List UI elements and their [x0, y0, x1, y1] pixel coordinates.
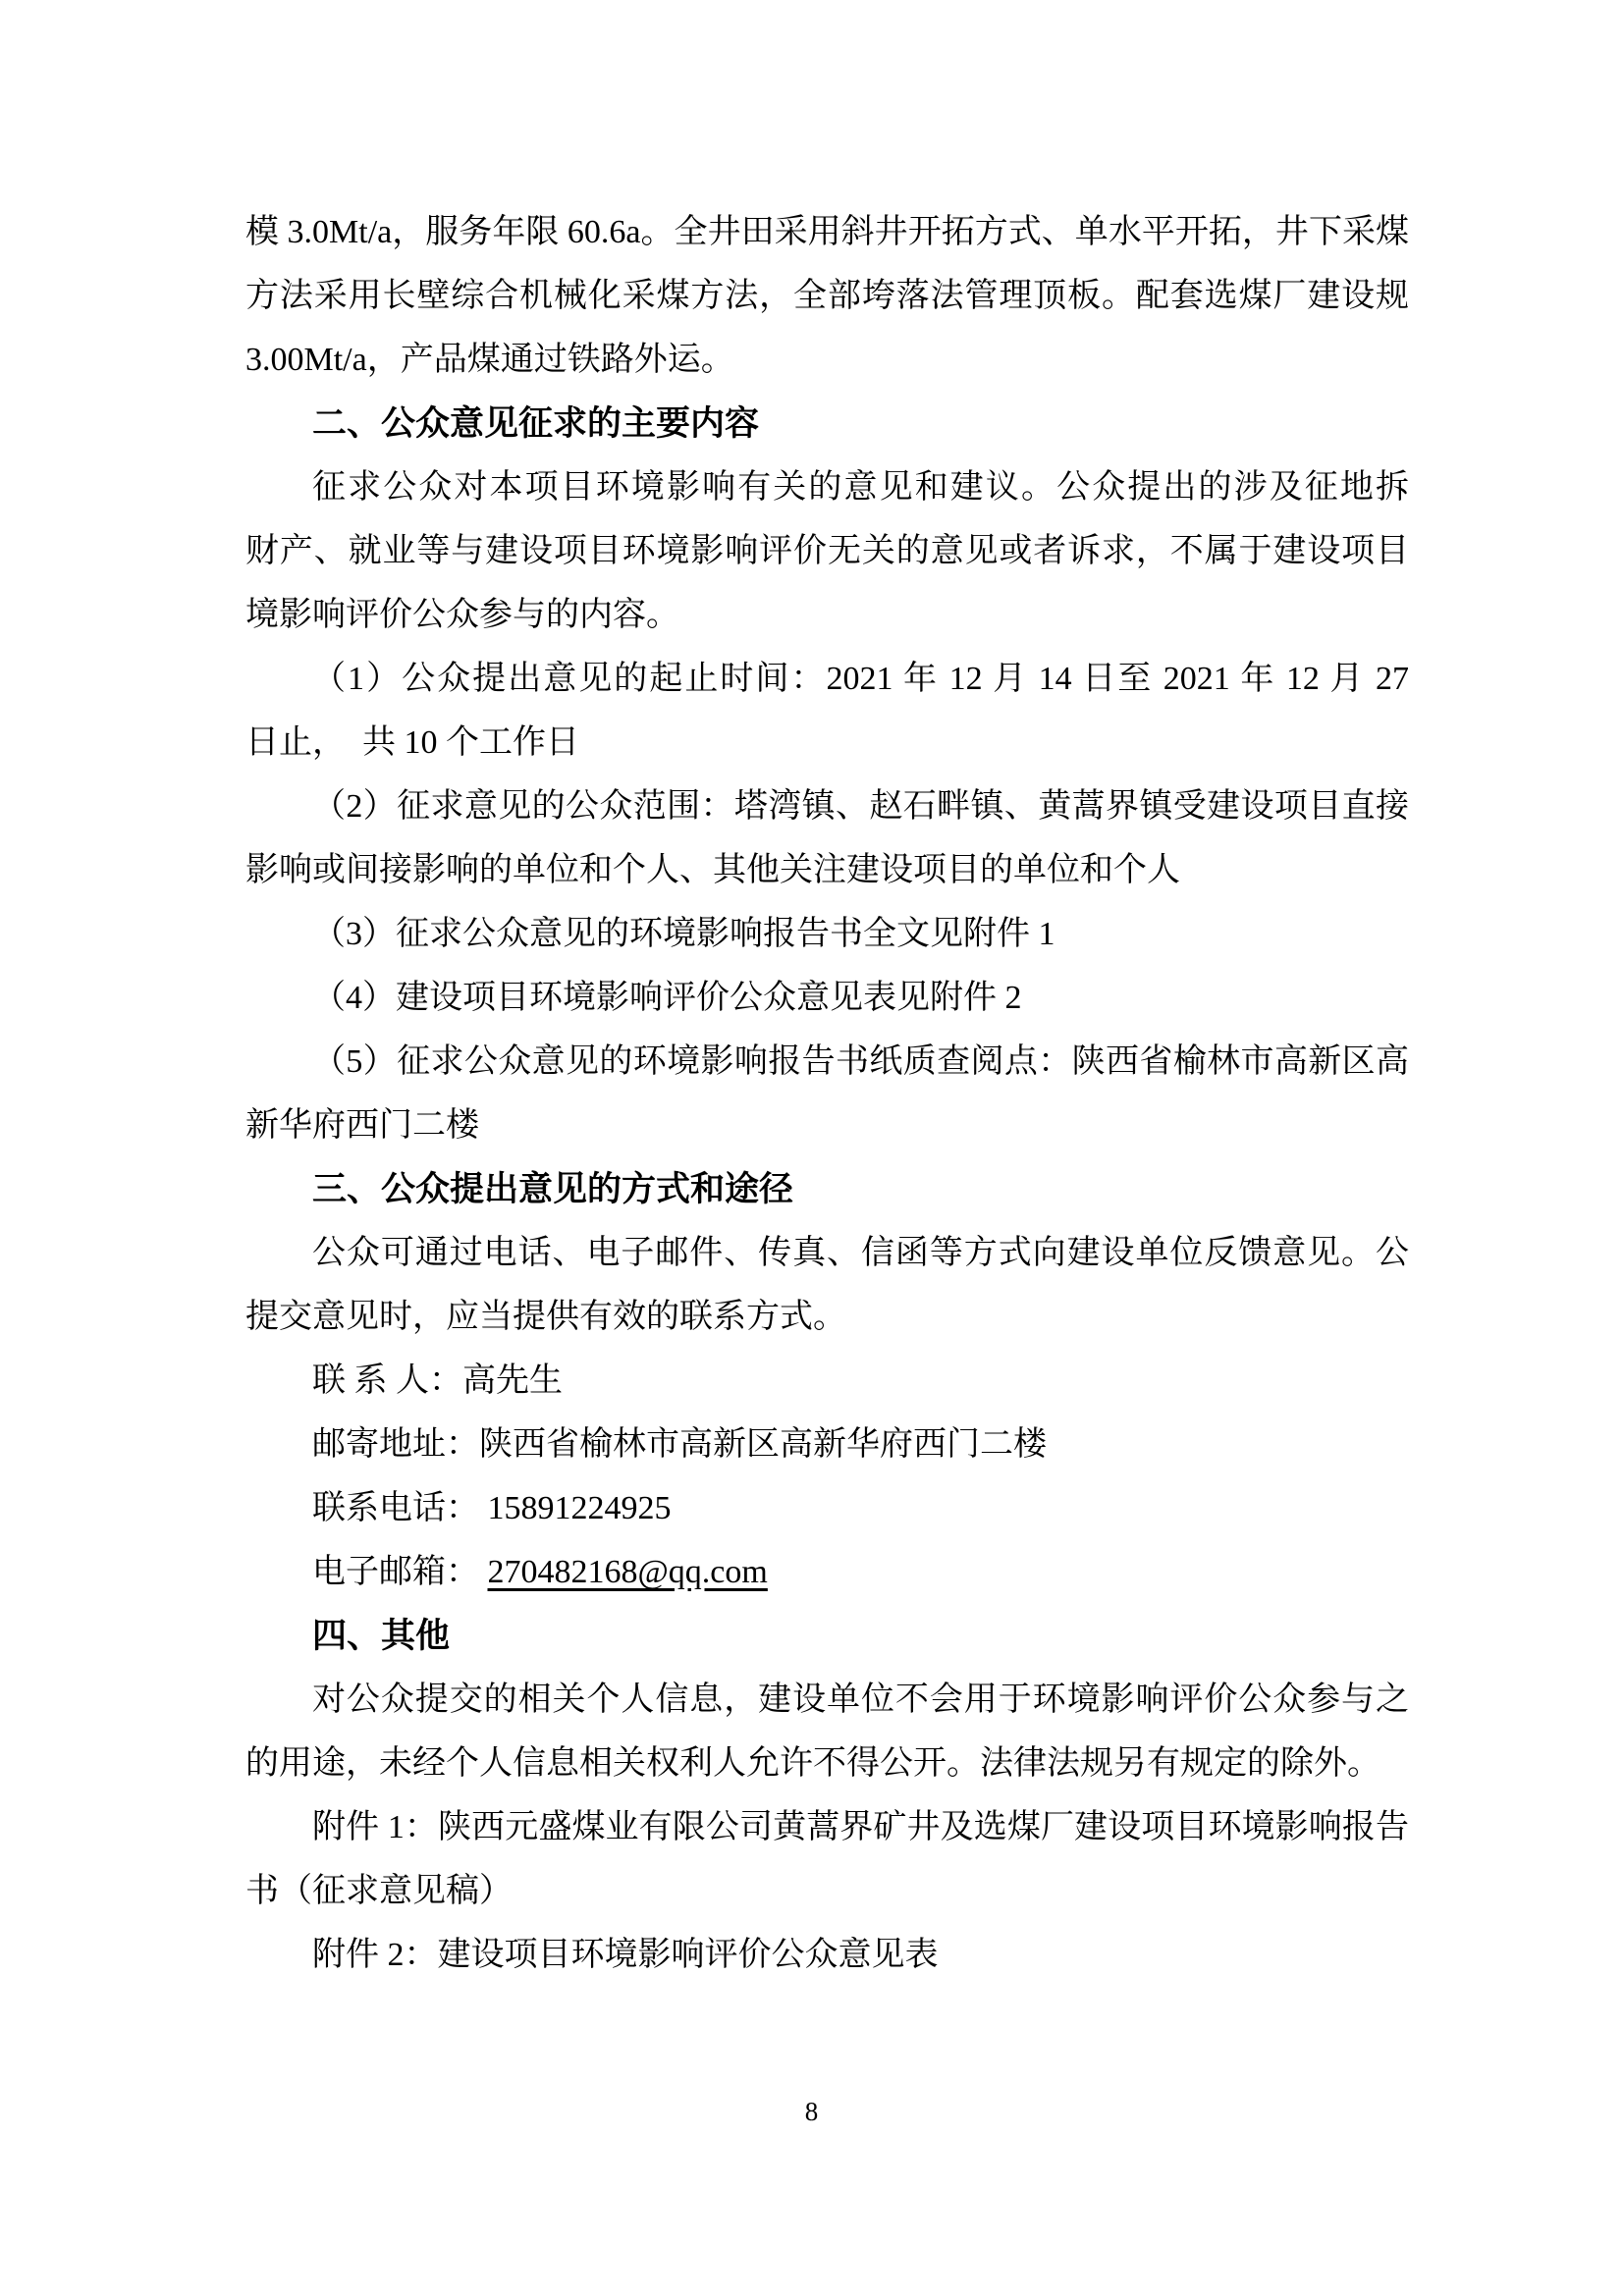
section-3-line-1: 公众可通过电话、电子邮件、传真、信函等方式向建设单位反馈意见。公众: [245, 1221, 1409, 1285]
attachment-1-line-1: 附件 1：陕西元盛煤业有限公司黄蒿界矿井及选煤厂建设项目环境影响报告: [245, 1795, 1409, 1859]
intro-line-2: 方法采用长壁综合机械化采煤方法，全部垮落法管理顶板。配套选煤厂建设规模: [245, 264, 1409, 328]
section-2-item-4: （4）建设项目环境影响评价公众意见表见附件 2: [245, 966, 1409, 1030]
document-body: 模 3.0Mt/a，服务年限 60.6a。全井田采用斜井开拓方式、单水平开拓，井…: [245, 200, 1409, 1987]
email-link[interactable]: 270482168@qq.com: [488, 1554, 768, 1590]
section-2-item-5-line-1: （5）征求公众意见的环境影响报告书纸质查阅点：陕西省榆林市高新区高: [245, 1030, 1409, 1094]
section-2-item-1-line-1: （1）公众提出意见的起止时间：2021 年 12 月 14 日至 2021 年 …: [245, 647, 1409, 711]
document-page: 模 3.0Mt/a，服务年限 60.6a。全井田采用斜井开拓方式、单水平开拓，井…: [0, 0, 1623, 2296]
section-2-item-3: （3）征求公众意见的环境影响报告书全文见附件 1: [245, 902, 1409, 966]
section-2-item-5-line-2: 新华府西门二楼: [245, 1094, 1409, 1157]
section-3-line-2: 提交意见时，应当提供有效的联系方式。: [245, 1285, 1409, 1349]
section-4-heading: 四、其他: [245, 1604, 1409, 1668]
attachment-2-line: 附件 2：建设项目环境影响评价公众意见表: [245, 1923, 1409, 1987]
email-label: 电子邮箱：: [312, 1554, 488, 1590]
section-2-item-2-line-2: 影响或间接影响的单位和个人、其他关注建设项目的单位和个人: [245, 838, 1409, 902]
contact-address-line: 邮寄地址：陕西省榆林市高新区高新华府西门二楼: [245, 1413, 1409, 1476]
section-4-line-2: 的用途，未经个人信息相关权利人允许不得公开。法律法规另有规定的除外。: [245, 1732, 1409, 1795]
contact-email-line: 电子邮箱： 270482168@qq.com: [245, 1540, 1409, 1604]
section-2-item-1-line-2: 日止， 共 10 个工作日: [245, 711, 1409, 774]
attachment-1-line-2: 书（征求意见稿）: [245, 1859, 1409, 1923]
section-3-heading: 三、公众提出意见的方式和途径: [245, 1157, 1409, 1221]
intro-line-3: 3.00Mt/a，产品煤通过铁路外运。: [245, 328, 1409, 392]
section-4-line-1: 对公众提交的相关个人信息，建设单位不会用于环境影响评价公众参与之外: [245, 1668, 1409, 1732]
intro-line-1: 模 3.0Mt/a，服务年限 60.6a。全井田采用斜井开拓方式、单水平开拓，井…: [245, 200, 1409, 264]
section-2-line-3: 境影响评价公众参与的内容。: [245, 583, 1409, 647]
contact-phone-line: 联系电话： 15891224925: [245, 1476, 1409, 1540]
section-2-line-2: 财产、就业等与建设项目环境影响评价无关的意见或者诉求，不属于建设项目环: [245, 519, 1409, 583]
section-2-item-2-line-1: （2）征求意见的公众范围：塔湾镇、赵石畔镇、黄蒿界镇受建设项目直接: [245, 774, 1409, 838]
page-number: 8: [0, 2097, 1623, 2127]
contact-person-line: 联 系 人：高先生: [245, 1349, 1409, 1413]
section-2-heading: 二、公众意见征求的主要内容: [245, 392, 1409, 455]
section-2-line-1: 征求公众对本项目环境影响有关的意见和建议。公众提出的涉及征地拆迁、: [245, 455, 1409, 519]
